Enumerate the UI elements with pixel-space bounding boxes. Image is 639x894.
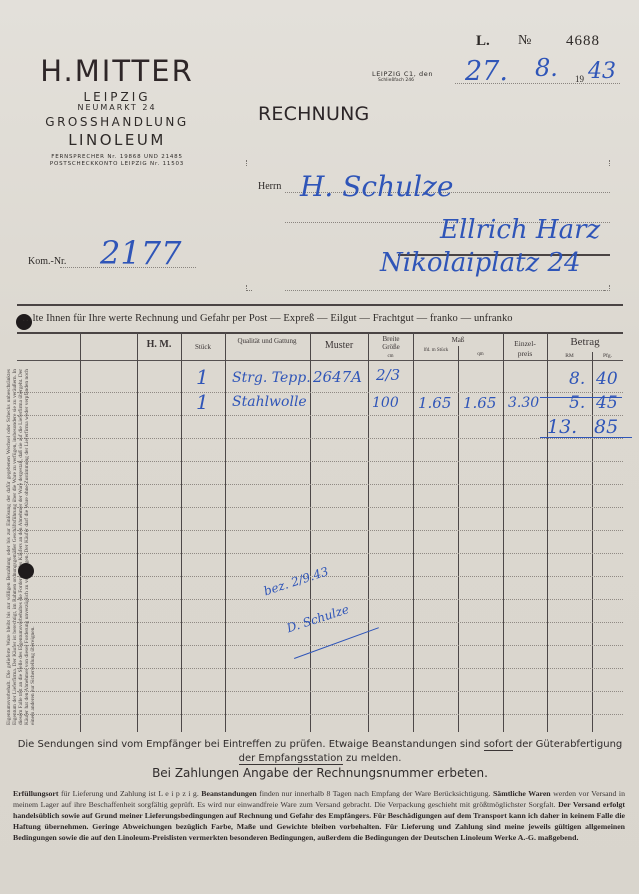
col-line: [458, 346, 459, 732]
row-line: [17, 415, 623, 416]
row1-pfg: 40: [596, 369, 618, 389]
terms-text-1: für Lieferung und Zahlung ist L e i p z …: [59, 789, 202, 798]
recipient-street: Nikolaiplatz 24: [380, 248, 581, 278]
company-phone: FERNSPRECHER Nr. 19868 UND 21485: [22, 154, 212, 160]
notice-text-1: Die Sendungen sind vom Empfänger bei Ein…: [18, 739, 481, 750]
header-einzelpreis: Einzel- preis: [510, 339, 540, 359]
row1-stueck: 1: [196, 365, 209, 389]
header-qualitaet: Qualität und Gattung: [232, 337, 302, 345]
payment-note-date: bez. 2/9.43: [262, 564, 330, 598]
terms-bold-3: Sämtliche Waren: [493, 789, 551, 798]
row-line: [17, 484, 623, 485]
row-line: [17, 392, 623, 393]
invoice-number: 4688: [566, 33, 600, 50]
row2-qm: 1.65: [463, 394, 496, 412]
retention-of-title-notice: Eigentumsvorbehalt. Die gelieferte Ware …: [6, 369, 68, 725]
company-name: H.MITTER: [22, 54, 212, 88]
col-line: [592, 352, 593, 732]
row2-qualitaet: Stahlwolle: [232, 394, 307, 410]
row-line: [17, 507, 623, 508]
header-stueck: Stück: [181, 343, 225, 351]
recipient-label: Herrn: [258, 181, 281, 192]
row2-einzelpreis: 3.30: [508, 395, 539, 411]
invoice-paper: H.MITTER LEIPZIG NEUMARKT 24 GROSSHANDLU…: [0, 0, 639, 894]
row-line: [17, 668, 623, 669]
commission-label: Kom.-Nr.: [28, 256, 66, 267]
row1-muster: 2647A: [313, 368, 362, 386]
company-postal-account: POSTSCHECKKONTO LEIPZIG Nr. 11503: [22, 161, 212, 167]
row2-rm: 5.: [569, 393, 585, 413]
row-line: [17, 691, 623, 692]
row-line: [17, 599, 623, 600]
payment-note-signature: D. Schulze: [285, 602, 351, 635]
row2-lfd: 1.65: [418, 394, 451, 412]
row1-qualitaet: Strg. Tepp.: [232, 370, 311, 386]
notice-emphasis-2: der Empfangsstation: [239, 753, 343, 765]
issue-place-pobox: Schließfach 246: [378, 78, 414, 83]
recipient-name: H. Schulze: [300, 170, 453, 203]
document-title: RECHNUNG: [258, 103, 369, 125]
header-betrag: Betrag: [547, 338, 623, 346]
issue-place: LEIPZIG C1, den: [372, 70, 433, 78]
row-line: [17, 530, 623, 531]
notice-text-2: der Güterabfertigung: [516, 739, 622, 750]
window-mark-tr: [604, 160, 610, 166]
row-line: [17, 553, 623, 554]
header-breite-unit: cm: [368, 353, 413, 361]
date-year: 43: [588, 59, 616, 84]
commission-number: 2177: [100, 234, 181, 272]
row-line: [17, 645, 623, 646]
signature-stroke: [294, 627, 379, 659]
row2-pfg: 45: [596, 393, 618, 413]
top-rule: [17, 304, 623, 306]
payment-request: Bei Zahlungen Angabe der Rechnungsnummer…: [10, 766, 630, 780]
date-century: 19: [575, 74, 584, 84]
notice-emphasis-1: sofort: [484, 739, 513, 751]
total-underline: [540, 437, 632, 438]
total-pfg: 85: [594, 416, 618, 438]
company-product: LINOLEUM: [22, 131, 212, 149]
shipping-method-text: …lte Ihnen für Ihre werte Rechnung und G…: [22, 313, 513, 324]
header-mass-lfd: lfd. m Stück: [416, 348, 456, 354]
date-month: 8.: [535, 54, 558, 82]
address-line-3: [285, 290, 610, 291]
row-line: [17, 714, 623, 715]
table-top-rule: [17, 332, 623, 334]
punch-hole-bottom: [18, 563, 34, 579]
number-symbol: №: [518, 33, 531, 49]
terms-bold-2: Beanstandungen: [201, 789, 256, 798]
notice-text-3: zu melden.: [346, 753, 401, 764]
row-line: [17, 461, 623, 462]
company-street: NEUMARKT 24: [22, 103, 212, 112]
header-muster: Muster: [310, 342, 368, 350]
window-mark-tl: [246, 160, 252, 166]
row-line: [17, 438, 623, 439]
table-header-rule: [17, 360, 623, 361]
total-rm: 13.: [547, 416, 577, 438]
invoice-number-prefix: L.: [476, 33, 490, 50]
header-hm: H. M.: [137, 341, 181, 349]
row1-rm: 8.: [569, 369, 585, 389]
header-breite: Breite Größe: [377, 335, 405, 351]
row2-stueck: 1: [196, 390, 209, 414]
inspection-notice: Die Sendungen sind vom Empfänger bei Ein…: [10, 738, 630, 766]
date-day: 27.: [465, 56, 508, 87]
terms-and-conditions: Erfüllungsort für Lieferung und Zahlung …: [13, 788, 625, 843]
recipient-city: Ellrich Harz: [440, 215, 600, 245]
header-mass: Maß: [413, 336, 503, 344]
header-betrag-rm: RM: [547, 352, 592, 360]
header-mass-qm: qm: [458, 351, 503, 359]
subtotal-line: [540, 397, 622, 398]
company-city: LEIPZIG: [22, 90, 212, 104]
window-mark-bl: [246, 285, 252, 291]
terms-bold-1: Erfüllungsort: [13, 789, 59, 798]
terms-text-2: finden nur innerhalb 8 Tagen nach Empfan…: [257, 789, 493, 798]
row1-breite: 2/3: [376, 366, 400, 384]
company-trade: GROSSHANDLUNG: [22, 115, 212, 129]
row2-breite: 100: [372, 395, 399, 411]
header-betrag-pfg: Pfg.: [592, 352, 623, 360]
